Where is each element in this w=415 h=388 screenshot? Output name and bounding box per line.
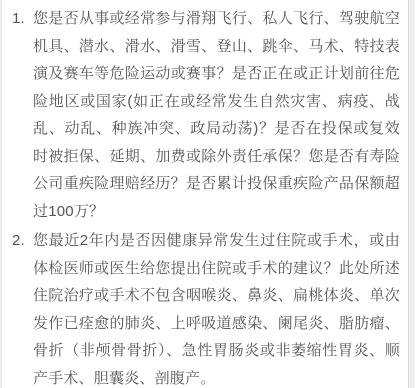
question-2-number: 2. (12, 227, 32, 255)
question-item-1: 1. 您是否从事或经常参与滑翔飞行、私人飞行、驾驶航空机具、潜水、滑水、滑雪、登… (12, 5, 400, 225)
question-item-2: 2. 您最近2年内是否因健康异常发生过住院或手术，或由体检医师或医生给您提出住院… (12, 227, 400, 388)
right-edge-strip (408, 0, 415, 388)
questionnaire-page: 1. 您是否从事或经常参与滑翔飞行、私人飞行、驾驶航空机具、潜水、滑水、滑雪、登… (0, 0, 415, 388)
question-list: 1. 您是否从事或经常参与滑翔飞行、私人飞行、驾驶航空机具、潜水、滑水、滑雪、登… (2, 0, 406, 388)
question-1-text: 您是否从事或经常参与滑翔飞行、私人飞行、驾驶航空机具、潜水、滑水、滑雪、登山、跳… (33, 5, 400, 225)
question-2-text: 您最近2年内是否因健康异常发生过住院或手术，或由体检医师或医生给您提出住院或手术… (33, 227, 400, 388)
question-1-number: 1. (12, 5, 32, 33)
